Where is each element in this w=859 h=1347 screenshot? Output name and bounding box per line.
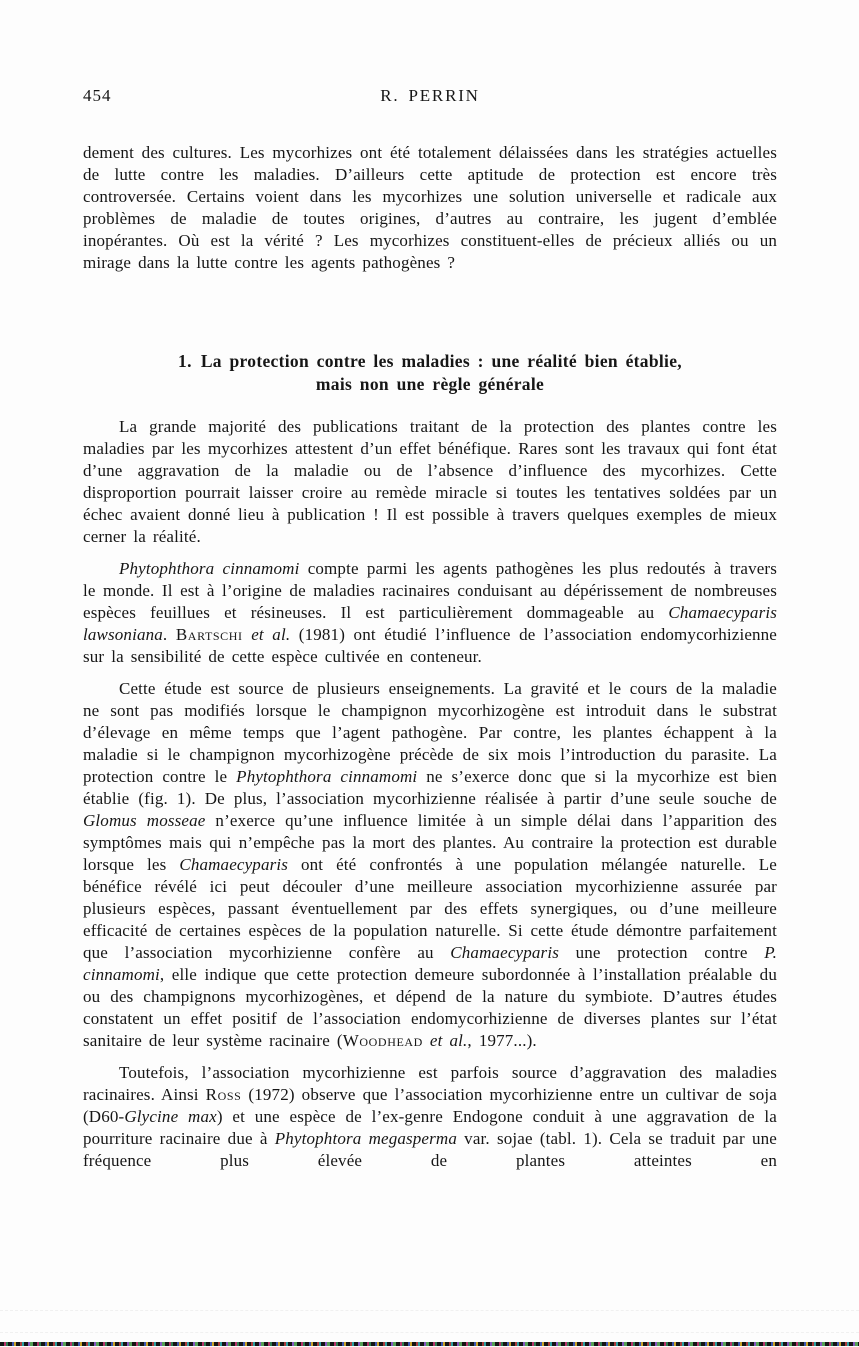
- text-run: Phytophthora cinnamomi: [119, 559, 299, 578]
- paragraph: Phytophthora cinnamomi compte parmi les …: [83, 558, 777, 668]
- text-run: Glycine max: [124, 1107, 216, 1126]
- section-heading: 1. La protection contre les maladies : u…: [83, 350, 777, 396]
- section-heading-line2: mais non une règle générale: [83, 373, 777, 396]
- text-run: Bartschi: [176, 625, 243, 644]
- text-run: La grande majorité des publications trai…: [83, 417, 777, 546]
- text-run: Glomus mosseae: [83, 811, 205, 830]
- text-run: et al.: [251, 625, 290, 644]
- running-head: R. PERRIN: [83, 86, 777, 106]
- text-run: Ross: [206, 1085, 242, 1104]
- text-run: Chamaecyparis: [179, 855, 288, 874]
- text-run: Woodhead: [343, 1031, 423, 1050]
- text-run: Chamaecyparis: [450, 943, 559, 962]
- scan-dotted-line: [0, 1332, 859, 1333]
- page: 454 R. PERRIN dement des cultures. Les m…: [0, 0, 859, 1347]
- text-run: .: [163, 625, 176, 644]
- text-run: [423, 1031, 430, 1050]
- section-heading-line1: 1. La protection contre les maladies : u…: [83, 350, 777, 373]
- scan-artifact-bar: [0, 1342, 859, 1346]
- paragraph: Cette étude est source de plusieurs ense…: [83, 678, 777, 1052]
- text-block: 454 R. PERRIN dement des cultures. Les m…: [83, 0, 777, 1172]
- text-run: une protection contre: [559, 943, 764, 962]
- text-run: [243, 625, 252, 644]
- text-run: , 1977...).: [467, 1031, 536, 1050]
- text-run: dement des cultures. Les mycorhizes ont …: [83, 143, 777, 272]
- text-run: Phytophthora cinnamomi: [236, 767, 417, 786]
- text-run: et al.: [430, 1031, 468, 1050]
- page-header: 454 R. PERRIN: [83, 86, 777, 106]
- scan-dotted-line: [0, 1310, 859, 1311]
- paragraph: dement des cultures. Les mycorhizes ont …: [83, 142, 777, 274]
- paragraph: La grande majorité des publications trai…: [83, 416, 777, 548]
- paragraph: Toutefois, l’association mycorhizienne e…: [83, 1062, 777, 1172]
- text-run: Phytophtora megasperma: [275, 1129, 457, 1148]
- intro-paragraphs: dement des cultures. Les mycorhizes ont …: [83, 142, 777, 274]
- section-paragraphs: La grande majorité des publications trai…: [83, 416, 777, 1172]
